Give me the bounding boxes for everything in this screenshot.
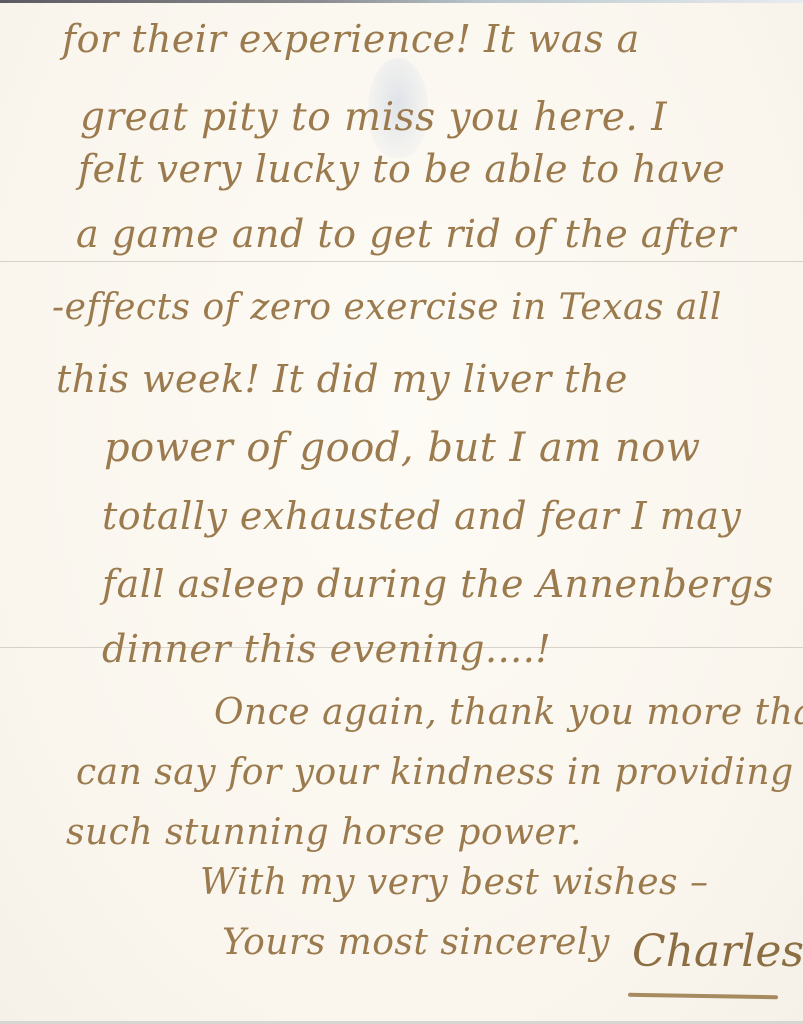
letter-line: a game and to get rid of the after	[76, 215, 736, 253]
letter-line: -effects of zero exercise in Texas all	[52, 290, 722, 326]
letter-line: this week! It did my liver the	[56, 360, 628, 398]
letter-line: Yours most sincerely	[222, 925, 610, 961]
signature: Charles	[632, 930, 803, 974]
letter-line: can say for your kindness in providing	[76, 755, 794, 791]
letter-line: Once again, thank you more than I	[214, 695, 803, 731]
letter-line: power of good, but I am now	[104, 428, 701, 468]
letter-line: for their experience! It was a	[62, 20, 640, 58]
letter-line: such stunning horse power.	[66, 815, 582, 851]
letter-line: With my very best wishes –	[200, 865, 708, 901]
letter-line: fall asleep during the Annenbergs	[102, 565, 774, 603]
letter-line: dinner this evening....!	[102, 630, 551, 668]
letter-line: totally exhausted and fear I may	[102, 497, 741, 535]
letter-line: great pity to miss you here. I	[80, 98, 667, 137]
paper-fold-line	[0, 261, 803, 262]
letter-line: felt very lucky to be able to have	[78, 150, 725, 188]
